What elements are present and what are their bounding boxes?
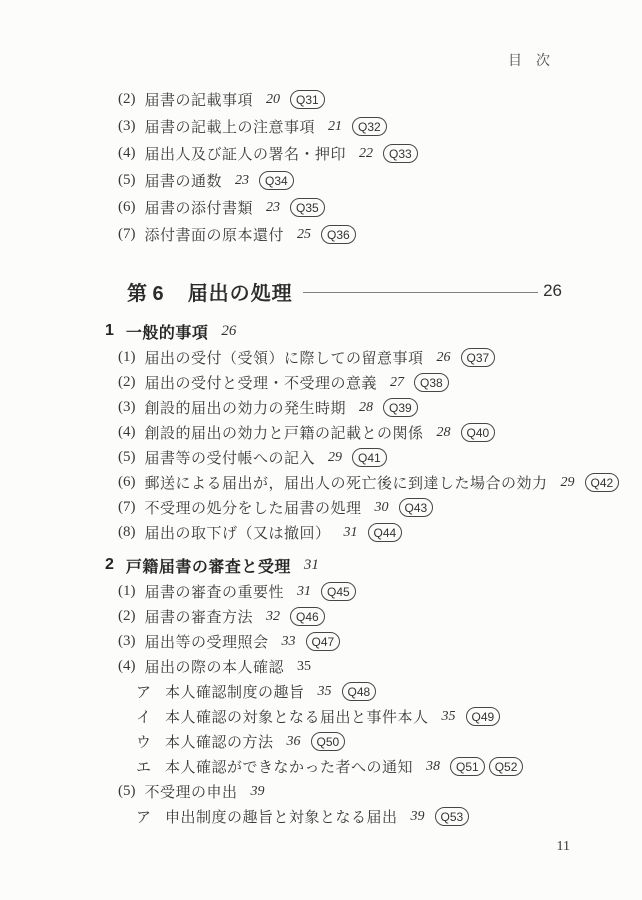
section-page-number: 31 xyxy=(304,557,319,574)
toc-item: (7)添付書面の原本還付25Q36 xyxy=(105,221,562,248)
question-badge: Q31 xyxy=(290,90,325,109)
item-page-number: 39 xyxy=(251,784,265,800)
item-page-number: 32 xyxy=(266,609,280,625)
toc-item: ア本人確認制度の趣旨35Q48 xyxy=(105,679,562,704)
section-title: 一般的事項 xyxy=(126,320,209,343)
section-title: 戸籍届書の審査と受理 xyxy=(126,554,291,577)
item-label: ア xyxy=(136,806,151,827)
toc-item: (3)届出等の受理照会33Q47 xyxy=(105,629,562,654)
item-title: 届出の際の本人確認 xyxy=(145,656,285,677)
item-title: 届書の記載事項 xyxy=(145,89,254,110)
item-page-number: 23 xyxy=(235,173,249,189)
item-label: イ xyxy=(136,706,151,727)
page-number: 11 xyxy=(557,839,570,855)
section-number: 1 xyxy=(105,322,114,340)
question-badge: Q41 xyxy=(352,448,387,467)
item-label: (3) xyxy=(118,633,136,650)
item-title: 本人確認ができなかった者への通知 xyxy=(165,756,413,777)
item-title: 届書の審査方法 xyxy=(145,606,254,627)
item-page-number: 31 xyxy=(297,584,311,600)
chapter-number: 第 6 xyxy=(127,277,164,306)
question-badge: Q44 xyxy=(368,523,403,542)
item-label: (6) xyxy=(118,474,136,491)
item-title: 申出制度の趣旨と対象となる届出 xyxy=(165,806,398,827)
question-badge: Q49 xyxy=(466,707,501,726)
item-title: 届出の受付（受領）に際しての留意事項 xyxy=(145,347,424,368)
question-badge: Q39 xyxy=(383,398,418,417)
item-label: (5) xyxy=(118,172,136,189)
item-label: (2) xyxy=(118,91,136,108)
question-badge: Q37 xyxy=(461,348,496,367)
question-badge: Q53 xyxy=(435,807,470,826)
item-title: 創設的届出の効力と戸籍の記載との関係 xyxy=(145,422,424,443)
item-title: 本人確認の対象となる届出と事件本人 xyxy=(165,706,429,727)
section-page-number: 26 xyxy=(221,323,236,340)
toc-item: (2)届出の受付と受理・不受理の意義27Q38 xyxy=(105,370,562,395)
question-badge: Q32 xyxy=(352,117,387,136)
item-page-number: 23 xyxy=(266,200,280,216)
item-page-number: 31 xyxy=(344,525,358,541)
item-page-number: 35 xyxy=(442,709,456,725)
item-title: 創設的届出の効力の発生時期 xyxy=(145,397,347,418)
question-badge: Q50 xyxy=(311,732,346,751)
item-title: 届書の記載上の注意事項 xyxy=(145,116,316,137)
item-page-number: 39 xyxy=(411,809,425,825)
item-title: 届出等の受理照会 xyxy=(145,631,269,652)
item-title: 届出人及び証人の署名・押印 xyxy=(145,143,347,164)
item-label: (1) xyxy=(118,349,136,366)
toc-item: (3)創設的届出の効力の発生時期28Q39 xyxy=(105,395,562,420)
toc-item: (6)届書の添付書類23Q35 xyxy=(105,194,562,221)
item-label: (2) xyxy=(118,374,136,391)
item-title: 添付書面の原本還付 xyxy=(145,224,285,245)
item-label: ア xyxy=(136,681,151,702)
section-header-2: 2 戸籍届書の審査と受理 31 xyxy=(105,551,562,579)
item-title: 本人確認の方法 xyxy=(165,731,274,752)
question-badge: Q43 xyxy=(399,498,434,517)
item-label: (6) xyxy=(118,199,136,216)
item-title: 届書の添付書類 xyxy=(145,197,254,218)
item-page-number: 35 xyxy=(297,659,311,675)
item-title: 不受理の処分をした届書の処理 xyxy=(145,497,362,518)
item-page-number: 21 xyxy=(328,119,342,135)
item-title: 届出の受付と受理・不受理の意義 xyxy=(145,372,378,393)
toc-item: (6)郵送による届出が，届出人の死亡後に到達した場合の効力29Q42 xyxy=(105,470,562,495)
toc-item: (5)届書の通数23Q34 xyxy=(105,167,562,194)
question-badge: Q33 xyxy=(383,144,418,163)
item-page-number: 20 xyxy=(266,92,280,108)
item-label: (3) xyxy=(118,118,136,135)
item-page-number: 35 xyxy=(318,684,332,700)
toc-item: (8)届出の取下げ（又は撤回）31Q44 xyxy=(105,520,562,545)
item-label: (4) xyxy=(118,424,136,441)
item-label: (8) xyxy=(118,524,136,541)
item-title: 届出の取下げ（又は撤回） xyxy=(145,522,331,543)
toc-item: (1)届書の審査の重要性31Q45 xyxy=(105,579,562,604)
item-label: エ xyxy=(136,756,151,777)
item-title: 本人確認制度の趣旨 xyxy=(165,681,305,702)
toc-item: (2)届書の審査方法32Q46 xyxy=(105,604,562,629)
toc-item: エ本人確認ができなかった者への通知38Q51Q52 xyxy=(105,754,562,779)
item-title: 不受理の申出 xyxy=(145,781,238,802)
item-page-number: 30 xyxy=(375,500,389,516)
item-label: (5) xyxy=(118,783,136,800)
item-label: (3) xyxy=(118,399,136,416)
item-title: 郵送による届出が，届出人の死亡後に到達した場合の効力 xyxy=(145,472,548,493)
section-1-items-list: (1)届出の受付（受領）に際しての留意事項26Q37(2)届出の受付と受理・不受… xyxy=(105,345,562,545)
item-title: 届書の審査の重要性 xyxy=(145,581,285,602)
question-badge: Q45 xyxy=(321,582,356,601)
toc-content: (2)届書の記載事項20Q31(3)届書の記載上の注意事項21Q32(4)届出人… xyxy=(105,86,562,829)
item-page-number: 28 xyxy=(437,425,451,441)
item-page-number: 38 xyxy=(426,759,440,775)
toc-item: (4)届出の際の本人確認35 xyxy=(105,654,562,679)
section-header-1: 1 一般的事項 26 xyxy=(105,317,562,345)
section-2-items-list: (1)届書の審査の重要性31Q45(2)届書の審査方法32Q46(3)届出等の受… xyxy=(105,579,562,829)
chapter-title: 届出の処理 xyxy=(188,277,293,306)
item-label: ウ xyxy=(136,731,151,752)
toc-item: (3)届書の記載上の注意事項21Q32 xyxy=(105,113,562,140)
item-label: (1) xyxy=(118,583,136,600)
item-page-number: 25 xyxy=(297,227,311,243)
item-label: (7) xyxy=(118,499,136,516)
item-page-number: 33 xyxy=(282,634,296,650)
chapter-page-number: 26 xyxy=(543,281,562,301)
chapter-heading: 第 6 届出の処理 26 xyxy=(105,274,562,308)
leader-line xyxy=(303,292,538,293)
item-label: (4) xyxy=(118,658,136,675)
running-head: 目 次 xyxy=(508,50,550,70)
item-label: (5) xyxy=(118,449,136,466)
section-number: 2 xyxy=(105,556,114,574)
toc-item: (7)不受理の処分をした届書の処理30Q43 xyxy=(105,495,562,520)
toc-item: ウ本人確認の方法36Q50 xyxy=(105,729,562,754)
question-badge: Q42 xyxy=(585,473,620,492)
item-label: (2) xyxy=(118,608,136,625)
item-page-number: 29 xyxy=(561,475,575,491)
toc-item: (5)届書等の受付帳への記入29Q41 xyxy=(105,445,562,470)
toc-item: (4)届出人及び証人の署名・押印22Q33 xyxy=(105,140,562,167)
item-label: (4) xyxy=(118,145,136,162)
toc-item: ア申出制度の趣旨と対象となる届出39Q53 xyxy=(105,804,562,829)
toc-item: (4)創設的届出の効力と戸籍の記載との関係28Q40 xyxy=(105,420,562,445)
item-page-number: 26 xyxy=(437,350,451,366)
item-page-number: 22 xyxy=(359,146,373,162)
continued-items-list: (2)届書の記載事項20Q31(3)届書の記載上の注意事項21Q32(4)届出人… xyxy=(105,86,562,248)
item-page-number: 36 xyxy=(287,734,301,750)
question-badge: Q51 xyxy=(450,757,485,776)
question-badge: Q47 xyxy=(306,632,341,651)
toc-item: (5)不受理の申出39 xyxy=(105,779,562,804)
item-page-number: 28 xyxy=(359,400,373,416)
toc-page: 目 次 (2)届書の記載事項20Q31(3)届書の記載上の注意事項21Q32(4… xyxy=(0,0,642,900)
item-title: 届書の通数 xyxy=(145,170,223,191)
toc-item: (2)届書の記載事項20Q31 xyxy=(105,86,562,113)
toc-item: (1)届出の受付（受領）に際しての留意事項26Q37 xyxy=(105,345,562,370)
question-badge: Q40 xyxy=(461,423,496,442)
question-badge: Q36 xyxy=(321,225,356,244)
question-badge: Q38 xyxy=(414,373,449,392)
item-title: 届書等の受付帳への記入 xyxy=(145,447,316,468)
question-badge: Q48 xyxy=(342,682,377,701)
question-badge: Q34 xyxy=(259,171,294,190)
question-badge: Q52 xyxy=(489,757,524,776)
toc-item: イ本人確認の対象となる届出と事件本人35Q49 xyxy=(105,704,562,729)
item-page-number: 29 xyxy=(328,450,342,466)
question-badge: Q46 xyxy=(290,607,325,626)
item-page-number: 27 xyxy=(390,375,404,391)
question-badge: Q35 xyxy=(290,198,325,217)
item-label: (7) xyxy=(118,226,136,243)
